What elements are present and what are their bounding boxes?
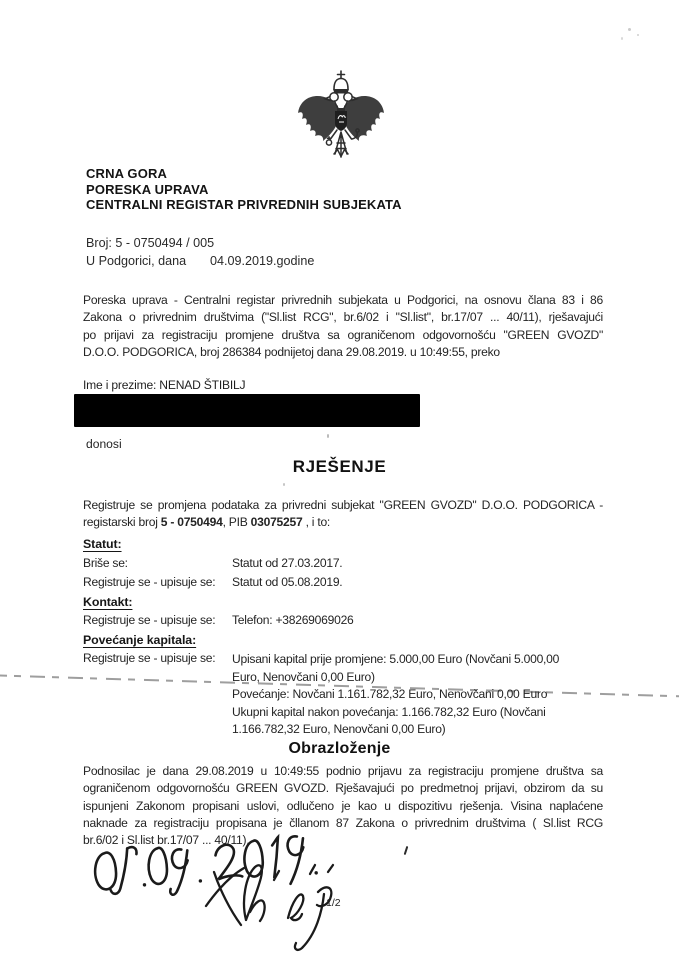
intro-line: D.O.O. PODGORICA, broj 286384 podnijetoj… [83, 344, 603, 361]
intro-line: po prijavi za registraciju promjene druš… [83, 327, 603, 344]
document-date: 04.09.2019.godine [210, 254, 314, 268]
subject-mid: , PIB [223, 515, 251, 529]
subject-prefix: registarski broj [83, 515, 161, 529]
row-label: Registruje se - upisuje se: [83, 575, 215, 589]
scan-speckle [628, 28, 631, 31]
explanation-title: Obrazloženje [0, 740, 679, 758]
scan-speckle [621, 37, 623, 40]
capital-line: 1.166.782,32 Euro, Nenovčani 0,00 Euro) [232, 721, 607, 739]
submitter-name: Ime i prezime: NENAD ŠTIBILJ [83, 378, 245, 392]
decision-subject: Registruje se promjena podataka za privr… [83, 497, 603, 532]
decision-title: RJEŠENJE [0, 457, 679, 477]
scan-speckle [327, 434, 329, 438]
document-number: Broj: 5 - 0750494 / 005 [86, 236, 214, 250]
explanation-line: ispunjeni Zakonom propisani uslovi, odlu… [83, 798, 603, 815]
page-indicator: 1/2 [326, 897, 341, 909]
row-value: Telefon: +38269069026 [232, 613, 354, 627]
scan-speckle [283, 483, 285, 486]
table-row: Registruje se - upisuje se: Telefon: +38… [83, 613, 603, 630]
capital-line: Upisani kapital prije promjene: 5.000,00… [232, 651, 607, 669]
row-value: Statut od 27.03.2017. [232, 556, 342, 570]
row-label: Registruje se - upisuje se: [83, 651, 215, 665]
capital-line: Povećanje: Novčani 1.161.782,32 Euro, Ne… [232, 686, 607, 704]
section-heading-kontakt: Kontakt: [83, 595, 132, 609]
table-row: Registruje se - upisuje se: Statut od 05… [83, 575, 603, 592]
intro-line: Zakona o privrednim društvima ("Sl.list … [83, 309, 603, 326]
row-value: Statut od 05.08.2019. [232, 575, 342, 589]
handwritten-date [94, 836, 318, 898]
subject-line: Registruje se promjena podataka za privr… [83, 497, 603, 514]
redaction-box [74, 394, 420, 427]
subject-line: registarski broj 5 - 0750494, PIB 030752… [83, 514, 603, 531]
document-page: CRNA GORA PORESKA UPRAVA CENTRALNI REGIS… [0, 0, 679, 960]
intro-paragraph: Poreska uprava - Centralni registar priv… [83, 292, 603, 361]
donosi-label: donosi [86, 437, 122, 451]
capital-value-block: Upisani kapital prije promjene: 5.000,00… [232, 651, 607, 739]
section-heading-statut: Statut: [83, 537, 122, 551]
issuer-country: CRNA GORA [86, 166, 402, 182]
subject-suffix: , i to: [302, 515, 330, 529]
explanation-line: Podnosilac je dana 29.08.2019 u 10:49:55… [83, 763, 603, 780]
explanation-line: ograničenom odgovornošću GREEN GVOZD. Rj… [83, 780, 603, 797]
intro-line: Poreska uprava - Centralni registar priv… [83, 292, 603, 309]
pib-number: 03075257 [251, 515, 303, 529]
issuer-registry: CENTRALNI REGISTAR PRIVREDNIH SUBJEKATA [86, 197, 402, 213]
handwritten-annotation [78, 830, 378, 958]
montenegro-coat-of-arms-icon [293, 70, 389, 172]
place-label: U Podgorici, dana [86, 254, 186, 268]
issuer-block: CRNA GORA PORESKA UPRAVA CENTRALNI REGIS… [86, 166, 402, 213]
row-label: Registruje se - upisuje se: [83, 613, 215, 627]
issuer-authority: PORESKA UPRAVA [86, 182, 402, 198]
capital-line: Ukupni kapital nakon povećanja: 1.166.78… [232, 704, 607, 722]
capital-line: Euro, Nenovčani 0,00 Euro) [232, 669, 607, 687]
row-label: Briše se: [83, 556, 128, 570]
section-heading-povecanje-kapitala: Povećanje kapitala: [83, 633, 196, 647]
table-row: Briše se: Statut od 27.03.2017. [83, 556, 603, 573]
registry-number: 5 - 0750494 [161, 515, 223, 529]
scan-speckle [637, 34, 639, 36]
